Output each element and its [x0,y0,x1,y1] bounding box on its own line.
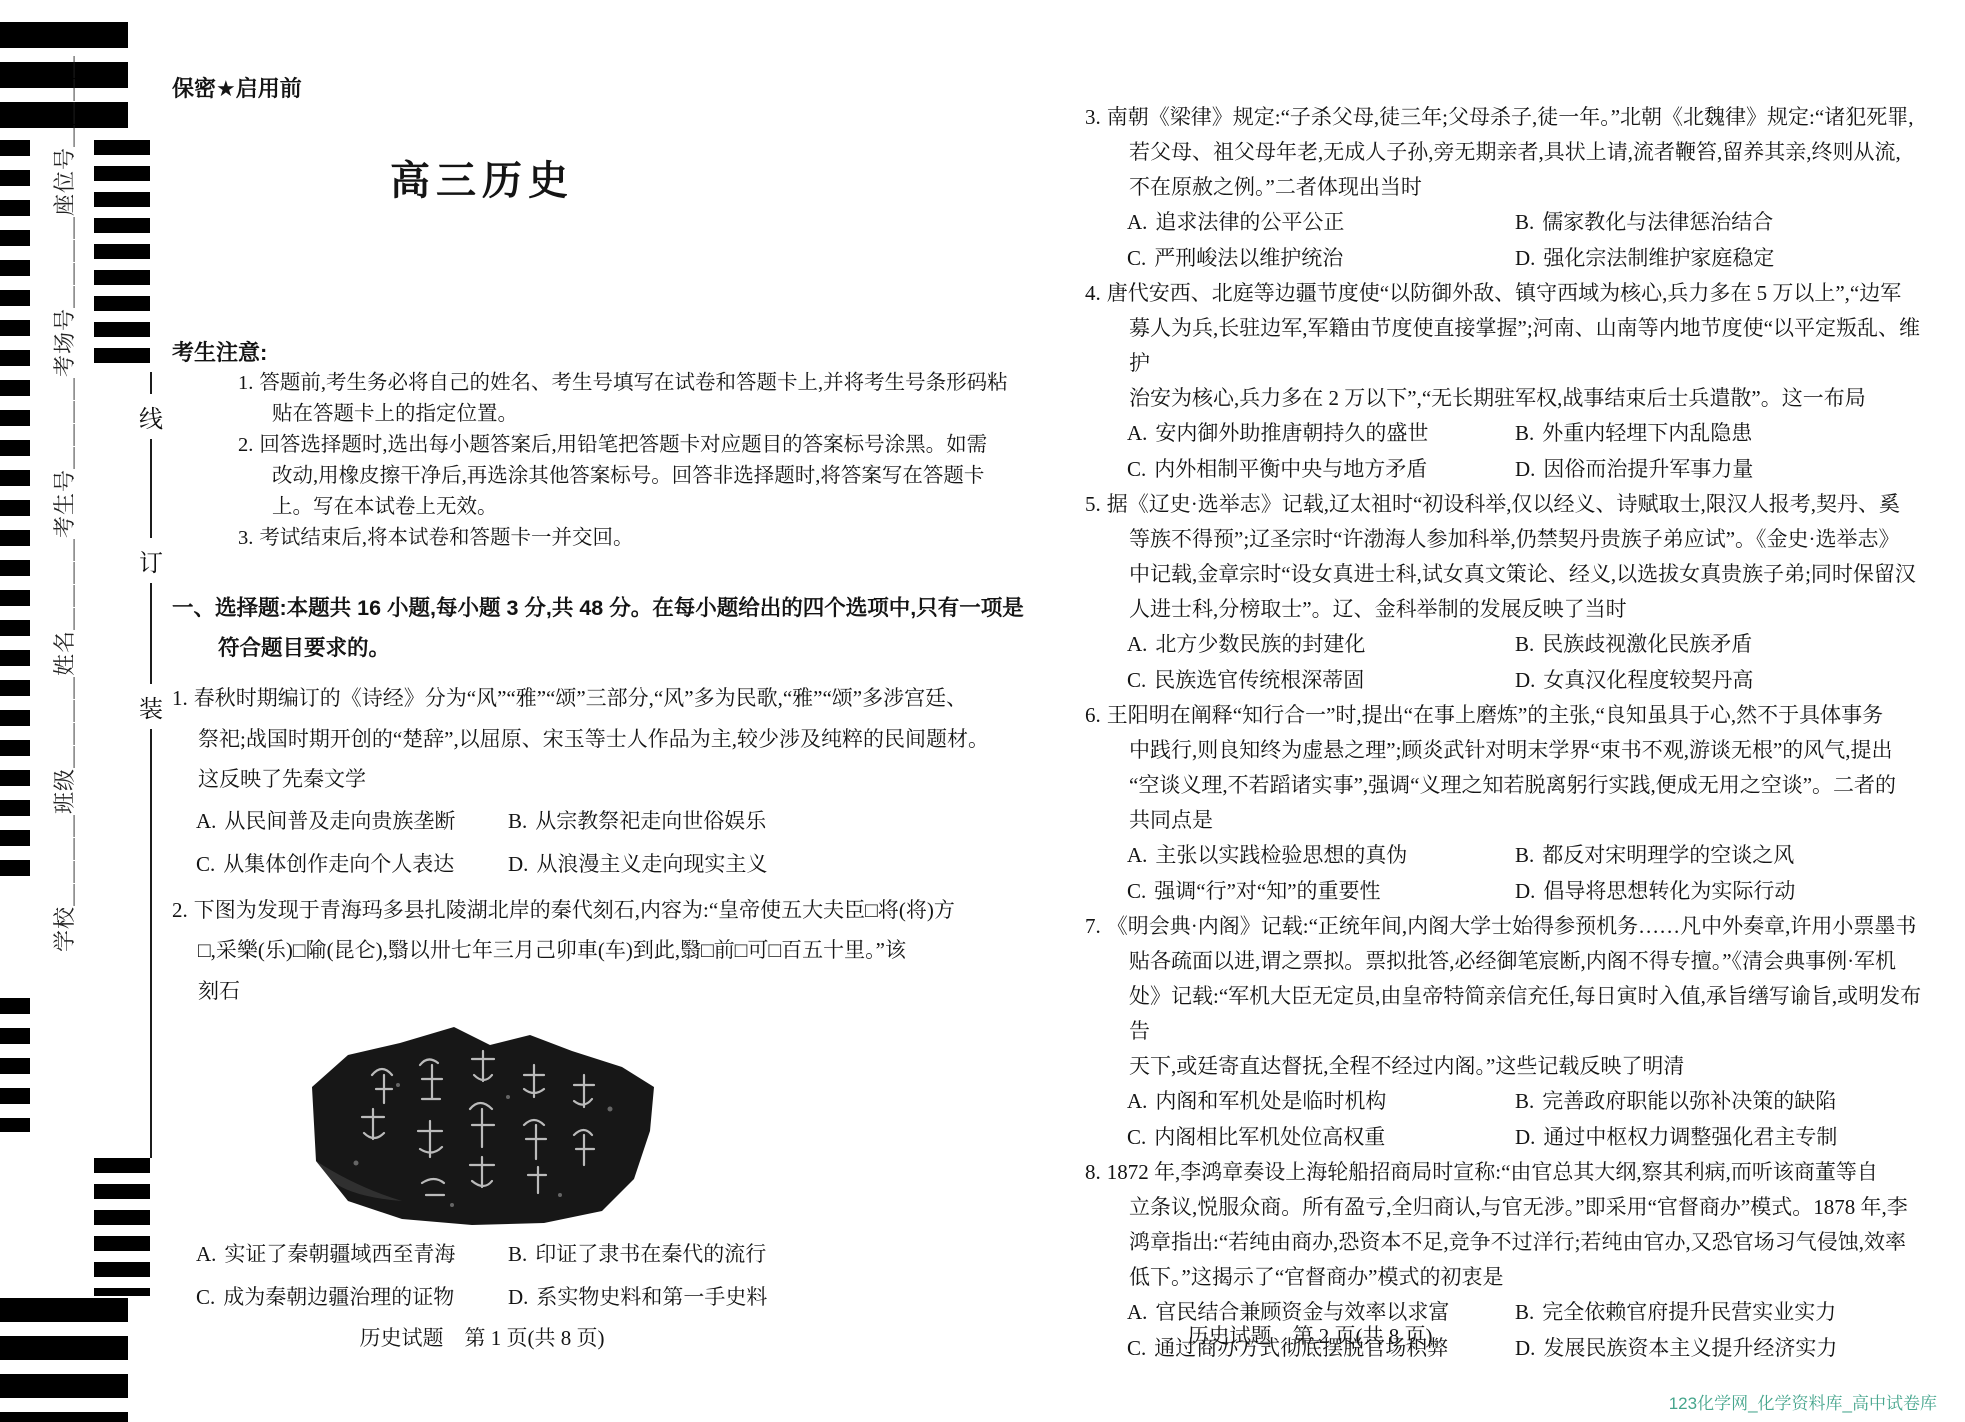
question-6: 6.王阳明在阐释“知行合一”时,提出“在事上磨炼”的主张,“良知虽具于心,然不于… [1085,698,1933,909]
student-info-blanks: 学校＿＿＿＿班级＿＿＿＿姓名＿＿＿＿考生号＿＿＿＿考场号＿＿＿＿座位号＿＿＿＿ [48,55,79,952]
notice-number: 1. [238,372,253,394]
binding-char-zhuang: 装 [135,684,167,729]
notice-text: 改动,用橡皮擦干净后,再选涂其他答案标号。回答非选择题时,将答案写在答题卡 [238,461,1027,492]
page-1-footer: 历史试题 第 1 页(共 8 页) [172,1322,792,1352]
option-5d: D.女真汉化程度较契丹高 [1515,663,1933,699]
question-stem-line: 募人为兵,长驻边军,军籍由节度使直接掌握”;河南、山南等内地节度使“以平定叛乱、… [1085,311,1933,381]
question-stem-line: 不在原赦之例。”二者体现出当时 [1085,170,1933,205]
option-7a: A.内阁和军机处是临时机构 [1127,1084,1515,1120]
option-5c: C.民族选官传统根深蒂固 [1127,663,1515,699]
registration-marks-bottom-left [0,1298,128,1422]
question-stem-line: 南朝《梁律》规定:“子杀父母,徒三年;父母杀子,徒一年。”北朝《北魏律》规定:“… [1107,105,1914,129]
question-number: 7. [1085,914,1101,938]
binding-line [150,372,152,1158]
option-7d: D.通过中枢权力调整强化君主专制 [1515,1120,1933,1156]
page-2: 3.南朝《梁律》规定:“子杀父母,徒三年;父母杀子,徒一年。”北朝《北魏律》规定… [1085,0,1933,1366]
option-6a: A.主张以实践检验思想的真伪 [1127,838,1515,874]
notice-item-2: 2.回答选择题时,选出每小题答案后,用铅笔把答题卡对应题目的答案标号涂黑。如需 … [238,430,1027,523]
question-number: 8. [1085,1160,1101,1184]
option-3b: B.儒家教化与法律惩治结合 [1515,205,1933,241]
option-4b: B.外重内轻埋下内乱隐患 [1515,416,1933,452]
question-5: 5.据《辽史·选举志》记载,辽太祖时“初设科举,仅以经义、诗赋取士,限汉人报考,… [1085,487,1933,698]
option-2a: A.实证了秦朝疆域西至青海 [196,1233,508,1276]
page-1: 保密★启用前 高三历史 考生注意: 1.答题前,考生务必将自己的姓名、考生号填写… [172,0,1027,1319]
notice-text: 考试结束后,将本试卷和答题卡一并交回。 [259,527,633,549]
question-number: 6. [1085,703,1101,727]
section-heading-line: 一、选择题:本题共 16 小题,每小题 3 分,共 48 分。在每小题给出的四个… [172,588,1027,628]
question-stem-line: 低下。”这揭示了“官督商办”模式的初衷是 [1085,1260,1933,1295]
question-stem-line: 祭祀;战国时期开创的“楚辞”,以屈原、宋玉等士人作品为主,较少涉及纯粹的民间题材… [172,719,1027,760]
binding-char-ding: 订 [135,538,167,583]
stone-inscription-image [302,1013,662,1227]
question-stem-line: 这反映了先秦文学 [172,759,1027,800]
question-number: 4. [1085,281,1101,305]
question-stem-line: 下图为发现于青海玛多县扎陵湖北岸的秦代刻石,内容为:“皇帝使五大夫臣□将(将)方 [194,898,955,922]
option-6d: D.倡导将思想转化为实际行动 [1515,874,1933,910]
option-1d: D.从浪漫主义走向现实主义 [508,843,1027,886]
question-7: 7.《明会典·内阁》记载:“正统年间,内阁大学士始得参预机务……凡中外奏章,许用… [1085,909,1933,1155]
option-6c: C.强调“行”对“知”的重要性 [1127,874,1515,910]
question-stem-line: 春秋时期编订的《诗经》分为“风”“雅”“颂”三部分,“风”多为民歌,“雅”“颂”… [194,686,967,710]
question-2: 2.下图为发现于青海玛多县扎陵湖北岸的秦代刻石,内容为:“皇帝使五大夫臣□将(将… [172,890,1027,1320]
notice-number: 3. [238,527,253,549]
secrecy-label: 保密★启用前 [172,74,1027,104]
question-stem-line: 王阳明在阐释“知行合一”时,提出“在事上磨炼”的主张,“良知虽具于心,然不于具体… [1107,703,1883,727]
option-3d: D.强化宗法制维护家庭稳定 [1515,241,1933,277]
question-stem-line: 若父母、祖父母年老,无成人子孙,旁无期亲者,具状上请,流者鞭笞,留养其亲,终则从… [1085,135,1933,170]
section-heading: 一、选择题:本题共 16 小题,每小题 3 分,共 48 分。在每小题给出的四个… [172,588,1027,668]
option-5b: B.民族歧视激化民族矛盾 [1515,627,1933,663]
page-2-footer: 历史试题 第 2 页(共 8 页) [1085,1320,1535,1350]
option-5a: A.北方少数民族的封建化 [1127,627,1515,663]
notice-text: 上。写在本试卷上无效。 [238,492,1027,523]
question-stem-line: 1872 年,李鸿章奏设上海轮船招商局时宣称:“由官总其大纲,察其利病,而听该商… [1107,1160,1878,1184]
question-stem-line: 中践行,则良知终为虚悬之理”;顾炎武针对明末学界“束书不观,游谈无根”的风气,提… [1085,733,1933,768]
notice-text: 贴在答题卡上的指定位置。 [238,399,1027,430]
exam-paper-scan: 学校＿＿＿＿班级＿＿＿＿姓名＿＿＿＿考生号＿＿＿＿考场号＿＿＿＿座位号＿＿＿＿ … [0,0,1965,1422]
question-stem-line: 鸿章指出:“若纯由商办,恐资本不足,竞争不过洋行;若纯由官办,又恐官场习气侵蚀,… [1085,1225,1933,1260]
option-7c: C.内阁相比军机处位高权重 [1127,1120,1515,1156]
question-stem-line: 共同点是 [1085,803,1933,838]
question-stem-line: 刻石 [172,971,1027,1012]
binding-char-xian: 线 [135,394,167,439]
question-stem-line: 《明会典·内阁》记载:“正统年间,内阁大学士始得参预机务……凡中外奏章,许用小票… [1107,914,1917,938]
question-1: 1.春秋时期编订的《诗经》分为“风”“雅”“颂”三部分,“风”多为民歌,“雅”“… [172,678,1027,886]
registration-strip-left-upper [0,140,30,876]
question-stem-line: “空谈义理,不若蹈诸实事”,强调“义理之知若脱离躬行实践,便成无用之空谈”。二者… [1085,768,1933,803]
option-2b: B.印证了隶书在秦代的流行 [508,1233,1027,1276]
paper-title: 高三历史 [172,152,792,210]
notice-heading: 考生注意: [172,338,1027,368]
option-4d: D.因俗而治提升军事力量 [1515,452,1933,488]
question-stem-line: 贴各疏面以进,谓之票拟。票拟批答,必经御笔宸断,内阁不得专擅。”《清会典事例·军… [1085,944,1933,979]
option-1c: C.从集体创作走向个人表达 [196,843,508,886]
question-3: 3.南朝《梁律》规定:“子杀父母,徒三年;父母杀子,徒一年。”北朝《北魏律》规定… [1085,100,1933,276]
notice-item-3: 3.考试结束后,将本试卷和答题卡一并交回。 [238,523,1027,554]
question-number: 2. [172,898,188,922]
option-4c: C.内外相制平衡中央与地方矛盾 [1127,452,1515,488]
option-1b: B.从宗教祭祀走向世俗娱乐 [508,800,1027,843]
question-number: 1. [172,686,188,710]
question-stem-line: 天下,或廷寄直达督抚,全程不经过内阁。”这些记载反映了明清 [1085,1049,1933,1084]
question-stem-line: 唐代安西、北庭等边疆节度使“以防御外敌、镇守西域为核心,兵力多在 5 万以上”,… [1107,281,1901,305]
section-heading-line: 符合题目要求的。 [172,628,1027,668]
question-stem-line: 中记载,金章宗时“设女真进士科,试女真文策论、经义,以选拔女真贵族子弟;同时保留… [1085,557,1933,592]
notice-item-1: 1.答题前,考生务必将自己的姓名、考生号填写在试卷和答题卡上,并将考生号条形码粘… [238,368,1027,430]
option-1a: A.从民间普及走向贵族垄断 [196,800,508,843]
question-stem-line: □,采樂(乐)□隃(昆仑),翳以卅七年三月己卯車(车)到此,翳□前□可□百五十里… [172,930,1027,971]
registration-strip-left-lower [0,998,30,1132]
option-8b: B.完全依赖官府提升民营实业实力 [1515,1295,1933,1331]
option-4a: A.安内御外助推唐朝持久的盛世 [1127,416,1515,452]
site-watermark: 123化学网_化学资料库_高中试卷库 [1669,1389,1937,1414]
question-number: 5. [1085,492,1101,516]
registration-strip-inner-lower [94,1158,150,1296]
option-8d: D.发展民族资本主义提升经济实力 [1515,1331,1933,1367]
question-4: 4.唐代安西、北庭等边疆节度使“以防御外敌、镇守西域为核心,兵力多在 5 万以上… [1085,276,1933,487]
option-3c: C.严刑峻法以维护统治 [1127,241,1515,277]
registration-strip-inner-upper [94,140,150,368]
question-stem-line: 治安为核心,兵力多在 2 万以下”,“无长期驻军权,战事结束后士兵遣散”。这一布… [1085,381,1933,416]
option-2c: C.成为秦朝边疆治理的证物 [196,1276,508,1319]
option-3a: A.追求法律的公平公正 [1127,205,1515,241]
question-stem-line: 人进士科,分榜取士”。辽、金科举制的发展反映了当时 [1085,592,1933,627]
question-stem-line: 据《辽史·选举志》记载,辽太祖时“初设科举,仅以经义、诗赋取士,限汉人报考,契丹… [1107,492,1900,516]
question-stem-line: 处》记载:“军机大臣无定员,由皇帝特简亲信充任,每日寅时入值,承旨缮写谕旨,或明… [1085,979,1933,1049]
question-stem-line: 立条议,悦服众商。所有盈亏,全归商认,与官无涉。”即采用“官督商办”模式。187… [1085,1190,1933,1225]
option-2d: D.系实物史料和第一手史料 [508,1276,1027,1319]
notice-number: 2. [238,434,253,456]
question-stem-line: 等族不得预”;辽圣宗时“许渤海人参加科举,仍禁契丹贵族子弟应试”。《金史·选举志… [1085,522,1933,557]
option-6b: B.都反对宋明理学的空谈之风 [1515,838,1933,874]
option-7b: B.完善政府职能以弥补决策的缺陷 [1515,1084,1933,1120]
question-number: 3. [1085,105,1101,129]
notice-text: 回答选择题时,选出每小题答案后,用铅笔把答题卡对应题目的答案标号涂黑。如需 [259,434,987,456]
notice-text: 答题前,考生务必将自己的姓名、考生号填写在试卷和答题卡上,并将考生号条形码粘 [259,372,1007,394]
